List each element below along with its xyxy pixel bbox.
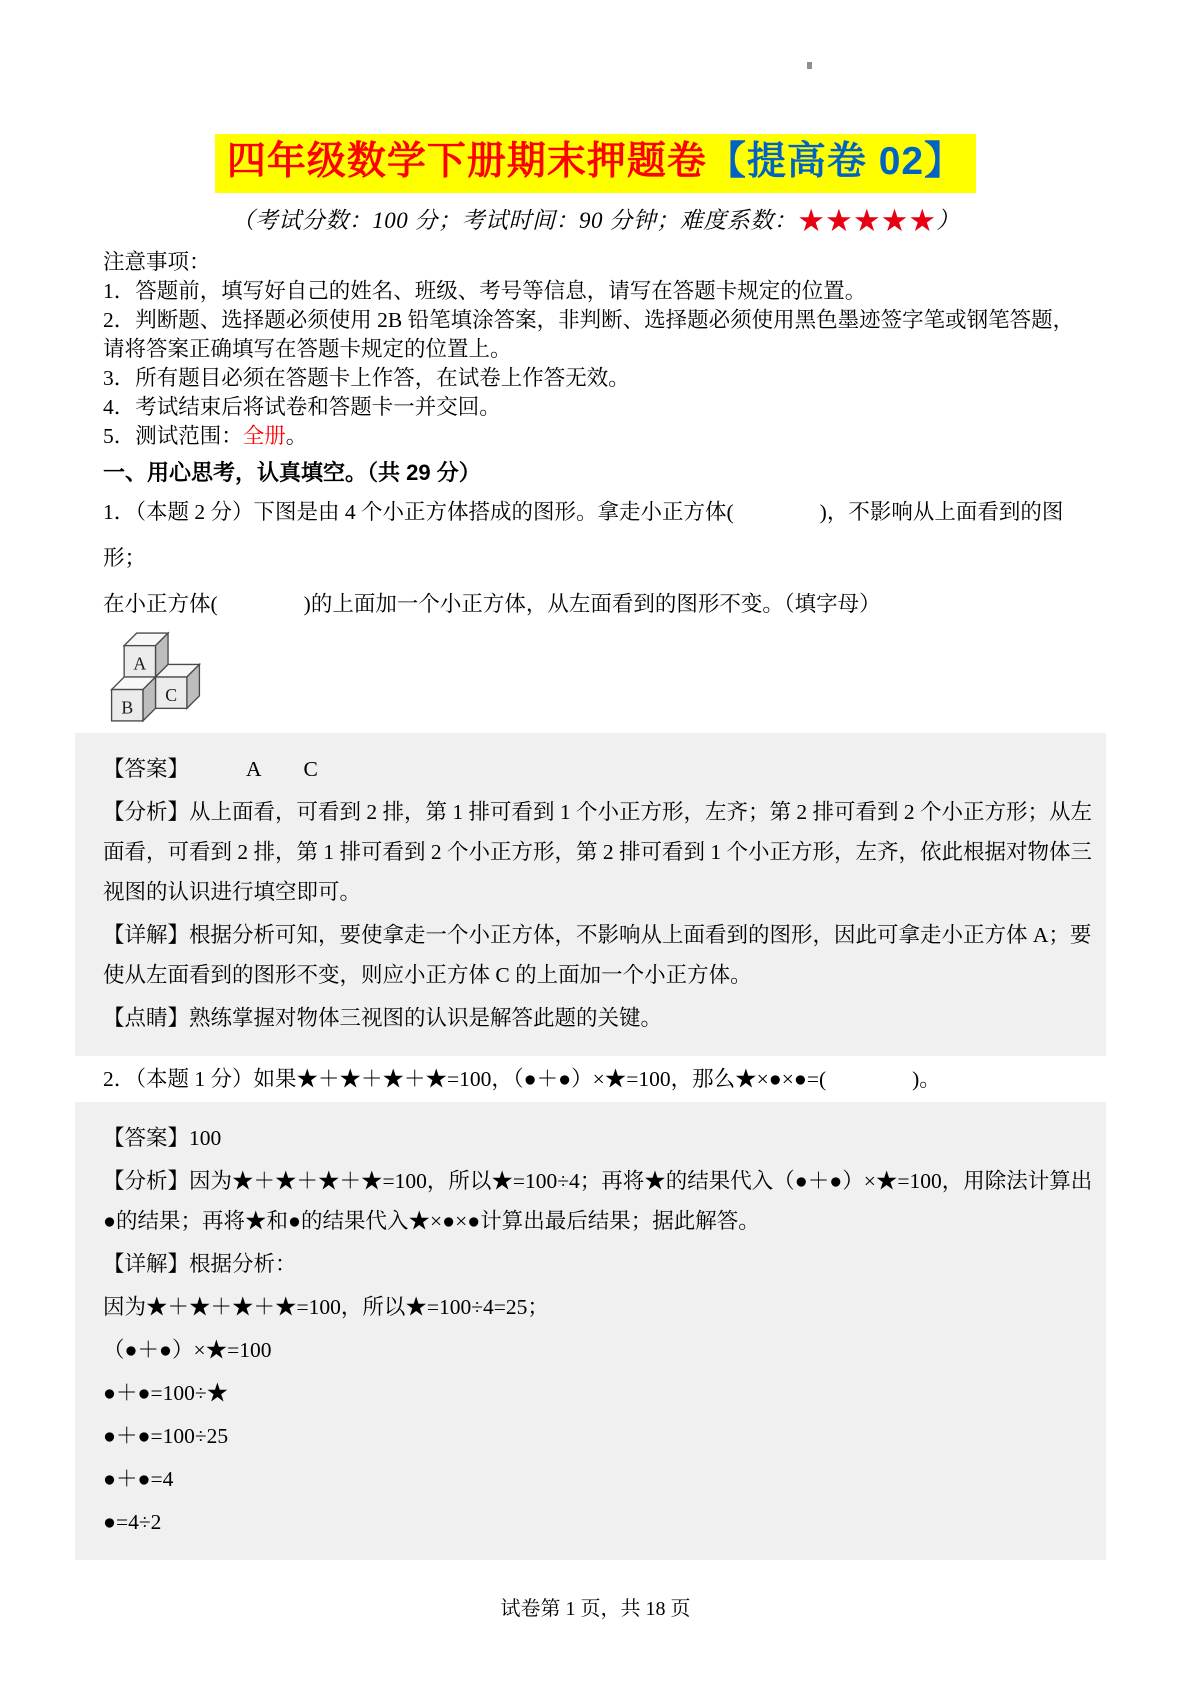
detail-2-heading: 【详解】根据分析： — [103, 1244, 1094, 1284]
title-highlight-band: 四年级数学下册期末押题卷【提高卷 02】 — [215, 134, 976, 193]
answer-1-value-1: A — [246, 749, 262, 789]
detail-2-step-1: 因为★＋★＋★＋★=100，所以★=100÷4=25； — [103, 1287, 1094, 1327]
answer-2-line: 【答案】100 — [103, 1118, 1094, 1158]
exam-info-close: ） — [936, 208, 960, 233]
detail-2-step-6: ●=4÷2 — [103, 1502, 1094, 1542]
title-volume-text: 【提高卷 02】 — [707, 140, 964, 183]
detail-2-step-2: （●＋●）×★=100 — [103, 1330, 1094, 1370]
detail-2-step-4: ●＋●=100÷25 — [103, 1416, 1094, 1456]
exam-info-line: （考试分数：100 分；考试时间：90 分钟；难度系数：★★★★★） — [0, 202, 1191, 235]
cube-b: B — [112, 677, 156, 721]
notice-item-5: 5．测试范围：全册。 — [103, 422, 1091, 451]
exam-page: 四年级数学下册期末押题卷【提高卷 02】 （考试分数：100 分；考试时间：90… — [0, 0, 1191, 1684]
notice-item-5-suffix: 。 — [286, 424, 308, 448]
answer-label: 【答案】 — [103, 757, 189, 781]
exam-info-text: （考试分数：100 分；考试时间：90 分钟；难度系数： — [231, 208, 797, 233]
analysis-1-text: 【分析】从上面看，可看到 2 排，第 1 排可看到 1 个小正方形，左齐；第 2… — [103, 792, 1094, 912]
cube-label-a: A — [133, 654, 146, 674]
cubes-drawing: A C B — [107, 631, 204, 723]
cube-c: C — [156, 664, 200, 708]
question-1-line-1: 1．（本题 2 分）下图是由 4 个小正方体搭成的图形。拿走小正方体( )，不影… — [103, 489, 1091, 581]
notice-heading: 注意事项： — [103, 248, 1091, 277]
page-footer: 试卷第 1 页，共 18 页 — [0, 1592, 1191, 1621]
title-main-text: 四年级数学下册期末押题卷 — [227, 140, 707, 183]
stray-mark — [807, 62, 812, 69]
detail-1-text: 【详解】根据分析可知，要使拿走一个小正方体，不影响从上面看到的图形，因此可拿走小… — [103, 915, 1094, 995]
notice-item-1: 1．答题前，填写好自己的姓名、班级、考号等信息，请写在答题卡规定的位置。 — [103, 277, 1091, 306]
cube-label-c: C — [165, 685, 177, 705]
document-body: 注意事项： 1．答题前，填写好自己的姓名、班级、考号等信息，请写在答题卡规定的位… — [103, 248, 1091, 1560]
detail-2-step-3: ●＋●=100÷★ — [103, 1373, 1094, 1413]
notice-item-4: 4．考试结束后将试卷和答题卡一并交回。 — [103, 393, 1091, 422]
answer-1-line: 【答案】AC — [103, 749, 1094, 789]
analysis-2-text: 【分析】因为★＋★＋★＋★=100，所以★=100÷4；再将★的结果代入（●＋●… — [103, 1161, 1094, 1241]
notice-item-2: 2．判断题、选择题必须使用 2B 铅笔填涂答案，非判断、选择题必须使用黑色墨迹签… — [103, 306, 1091, 364]
section-1-heading: 一、用心思考，认真填空。（共 29 分） — [103, 456, 1091, 489]
notice-item-5-prefix: 5．测试范围： — [103, 424, 243, 448]
answer-block-1: 【答案】AC 【分析】从上面看，可看到 2 排，第 1 排可看到 1 个小正方形… — [75, 733, 1106, 1056]
notice-item-3: 3．所有题目必须在答题卡上作答，在试卷上作答无效。 — [103, 364, 1091, 393]
difficulty-stars: ★★★★★ — [797, 203, 936, 238]
page-title: 四年级数学下册期末押题卷【提高卷 02】 — [0, 134, 1191, 193]
detail-2-step-5: ●＋●=4 — [103, 1459, 1094, 1499]
question-1-line-2: 在小正方体( )的上面加一个小正方体，从左面看到的图形不变。（填字母） — [103, 581, 1091, 627]
question-2-line: 2．（本题 1 分）如果★＋★＋★＋★=100，（●＋●）×★=100，那么★×… — [103, 1056, 1091, 1102]
note-1-text: 【点睛】熟练掌握对物体三视图的认识是解答此题的关键。 — [103, 998, 1094, 1038]
cube-label-b: B — [121, 697, 133, 717]
answer-block-2: 【答案】100 【分析】因为★＋★＋★＋★=100，所以★=100÷4；再将★的… — [75, 1102, 1106, 1560]
answer-1-value-2: C — [304, 749, 318, 789]
test-scope-value: 全册 — [243, 424, 286, 448]
cubes-figure: A C B — [107, 631, 1091, 723]
